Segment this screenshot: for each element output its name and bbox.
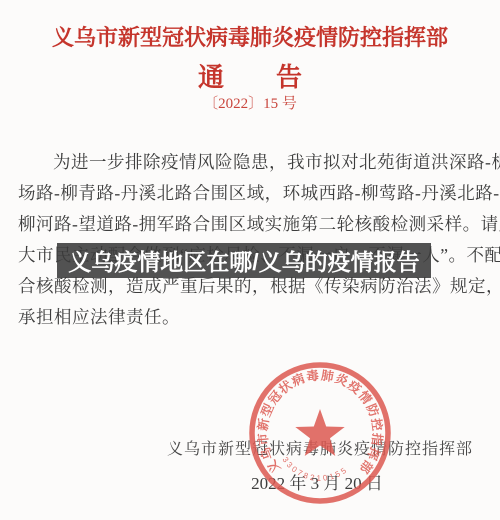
- body-line: 场路-柳青路-丹溪北路合围区域，环城西路-柳莺路-丹溪北路-: [18, 178, 490, 209]
- body-line: 承担相应法律责任。: [18, 302, 490, 333]
- seal-star-icon: [295, 409, 344, 456]
- notice-type-title: 通 告: [0, 57, 500, 94]
- seal-number-text: 33078210155: [280, 455, 350, 482]
- notice-document-page: 义乌市新型冠状病毒肺炎疫情防控指挥部 通 告 〔2022〕15 号 为进一步排除…: [0, 0, 500, 520]
- doc-number: 〔2022〕15 号: [0, 92, 500, 113]
- watermark-text: 义乌疫情地区在哪/义乌的疫情报告: [68, 244, 419, 277]
- watermark-banner: 义乌疫情地区在哪/义乌的疫情报告: [57, 243, 431, 278]
- org-title: 义乌市新型冠状病毒肺炎疫情防控指挥部: [0, 21, 500, 52]
- body-line: 柳河路-望道路-拥军路合围区域实施第二轮核酸检测采样。请广: [18, 209, 490, 240]
- official-seal: 义乌市新型冠状病毒肺炎疫情防控指挥部 33078210155: [246, 357, 394, 509]
- svg-text:33078210155: 33078210155: [280, 455, 350, 482]
- body-paragraph: 为进一步排除疫情风险隐患，我市拟对北苑街道洪深路-机 场路-柳青路-丹溪北路合围…: [18, 147, 490, 333]
- body-line: 为进一步排除疫情风险隐患，我市拟对北苑街道洪深路-机: [18, 147, 490, 178]
